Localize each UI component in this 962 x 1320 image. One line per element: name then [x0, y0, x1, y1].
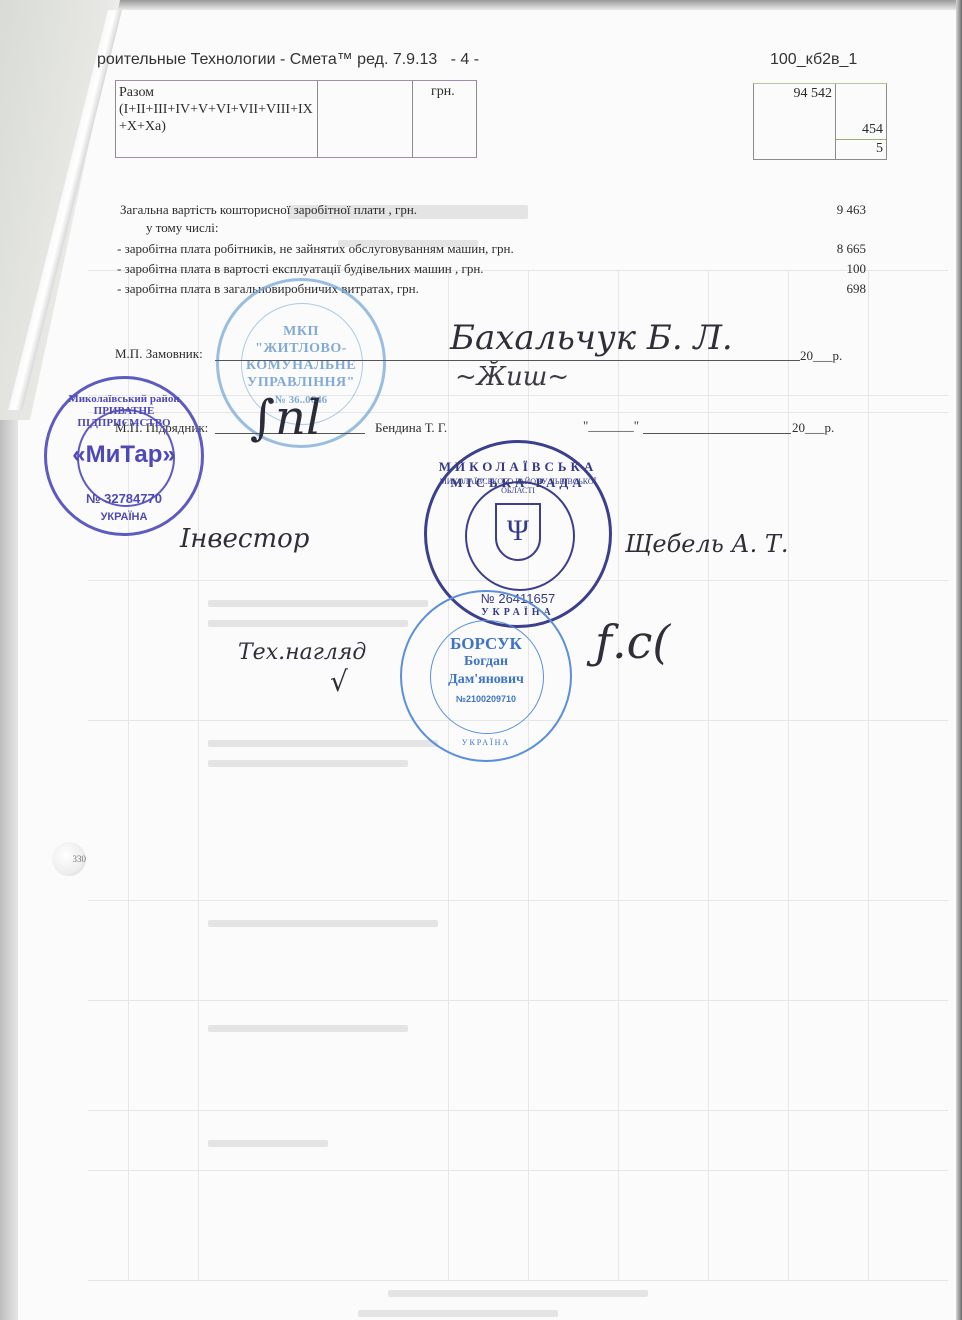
stamp-text: МКП "ЖИТЛОВО- КОМУНАЛЬНЕ УПРАВЛІННЯ": [219, 323, 383, 391]
handwritten-investor-name: Щебель А. Т.: [625, 530, 789, 558]
salary-total-value: 9 463: [837, 202, 866, 218]
totals-table-left: Разом (I+II+III+IV+V+VI+VII+VIII+IX +X+X…: [115, 80, 477, 158]
totals-label-line: Разом: [119, 84, 312, 101]
totals-table-right: 94 542 454 5: [753, 83, 887, 160]
contractor-year: 20___р.: [792, 420, 834, 436]
handwritten-tech-supervision: Тех.нагляд: [238, 640, 366, 665]
totals-value-2: 454: [836, 122, 886, 140]
salary-item-value: 698: [847, 281, 867, 297]
stamp-country: УКРАЇНА: [402, 738, 570, 747]
handwritten-contractor-signature: ∫nl: [250, 390, 321, 446]
mytar-company-stamp: Миколаївський район ПРИВАТНЕ ПІДПРИЄМСТВ…: [44, 376, 204, 536]
stamp-line: УПРАВЛІННЯ": [219, 374, 383, 391]
scan-edge-right: [956, 0, 962, 1320]
document-code: 100_кб2в_1: [770, 51, 857, 69]
contractor-date-quote: "_______": [583, 418, 639, 434]
stamp-number: №2100209710: [402, 694, 570, 704]
document-header-title: роительные Технологии - Смета™ ред. 7.9.…: [97, 51, 479, 69]
stamp-company-name: «МиТар»: [47, 441, 201, 469]
stamp-first-name: Богдан: [402, 654, 570, 670]
stamp-line: "ЖИТЛОВО-: [219, 340, 383, 357]
stamp-subarc-text: МИКОЛАЇВСЬКОГО РАЙОНУ ЛЬВІВСЬКОЇ ОБЛАСТІ: [427, 477, 609, 495]
stamp-number: № 32784770: [47, 491, 201, 506]
customer-signature-line: [215, 360, 800, 361]
salary-including-label: у тому числі:: [146, 220, 218, 236]
customer-year: 20___р.: [800, 348, 842, 364]
handwritten-checkmark: √: [330, 665, 348, 698]
customer-signature-label: М.П. Замовник:: [115, 346, 203, 362]
totals-empty-cell: [317, 81, 413, 157]
salary-item-label: - заробітна плата робітників, не зайняти…: [117, 241, 514, 257]
stamp-line: МКП: [219, 323, 383, 340]
handwritten-customer-name: Бахальчук Б. Л.: [450, 318, 733, 358]
handwritten-signature: ~Ӂиш~: [455, 362, 569, 392]
handwritten-signature-tech: ƒ.c(: [595, 615, 670, 669]
contractor-date-line: [643, 433, 791, 434]
totals-label-line: (I+II+III+IV+V+VI+VII+VIII+IX: [119, 101, 312, 118]
totals-label-line: +X+Xa): [119, 118, 312, 135]
contractor-name: Бендина Т. Г.: [375, 420, 447, 436]
stamp-surname: БОРСУК: [402, 634, 570, 654]
stamp-country: УКРАЇНА: [47, 511, 201, 523]
handwritten-investor-label: Інвестор: [180, 524, 309, 554]
scan-edge-top: [0, 0, 962, 10]
punch-hole: 330: [52, 842, 86, 876]
salary-item-label: - заробітна плата в вартості експлуатаці…: [117, 261, 484, 277]
stamp-arc-text: Миколаївський район ПРИВАТНЕ ПІДПРИЄМСТВ…: [47, 393, 201, 429]
totals-value-3: 5: [836, 141, 886, 159]
totals-unit-cell: грн.: [412, 81, 477, 157]
salary-item-value: 100: [847, 261, 867, 277]
stamp-patronymic: Дам'янович: [402, 672, 570, 688]
salary-total-label: Загальна вартість кошторисної заробітної…: [120, 202, 417, 218]
totals-value-cell: 94 542: [754, 84, 836, 159]
individual-entrepreneur-stamp: БОРСУК Богдан Дам'янович №2100209710 УКР…: [400, 590, 572, 762]
trident-emblem-icon: Ψ: [495, 503, 541, 561]
salary-item-value: 8 665: [837, 241, 866, 257]
totals-label-cell: Разом (I+II+III+IV+V+VI+VII+VIII+IX +X+X…: [115, 81, 315, 157]
